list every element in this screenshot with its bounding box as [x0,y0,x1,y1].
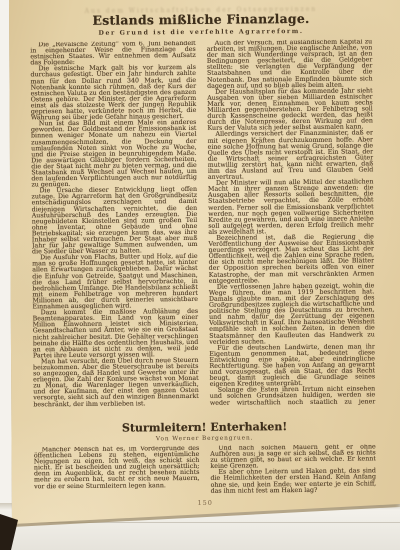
scanned-journal-photo: { "colors": { "paper": "#e5d2a8", "ink":… [0,0,400,550]
paragraph: Der Haushaltsplan für das kommende Jahr … [207,88,373,132]
paragraph: Man hat versucht, dem Übel durch neue St… [33,358,199,408]
article1-title: Estlands mißliche Finanzlage. [30,11,372,27]
paragraph: Der Minister will nun alle Mittel der st… [208,180,374,236]
page-content: Aus dem Wirtschaftsleben der Ostseeprovi… [30,0,377,550]
article2-body-columns: Mancher Mensch hat es, im Vordergrunde d… [34,444,376,497]
paragraph: Dazu kommt die maßlose Aufblähung des Be… [33,309,199,359]
paragraph: Für die deutschen Landwirte, denen man i… [209,344,375,388]
article1-subtitle: Der Grund ist die verfehlte Agrarreform. [30,27,372,37]
article2-title: Sturmleitern! Enterhaken! [34,420,376,435]
paragraph: Allerdings versichert der Finanzminister… [207,131,373,181]
paragraph: Die Ausfuhr von Flachs, Butter und Holz,… [32,254,198,310]
paragraph: Solange die Esten ihren Irrtum nicht ein… [210,39,376,406]
paragraph: Es aber ohne Leitern und Haken geht, das… [210,469,376,495]
scanned-page: Aus dem Wirtschaftsleben der Ostseeprovi… [0,0,400,550]
paragraph: Die verflossenen Jahre haben gezeigt, wo… [209,283,375,345]
article1-body-columns: Die „Revalsche Zeitung“ vom 6. Juni beha… [30,39,375,408]
article2-byline: Von Werner Bergengruen. [34,434,376,443]
paragraph: Auch der Versuch, mit ausländischem Kapi… [207,39,373,89]
paragraph: Die Ursache dieser Entwicklung liegt off… [31,187,197,255]
paragraph: Nun ist das Bild mit einem Male ein ande… [31,120,197,188]
bleed-through-text: Aus dem Wirtschaftsleben der Ostseeprovi… [70,6,332,15]
paragraph: Die estnische Mark galt bis vor kurzem a… [30,65,196,121]
page-number: 150 [34,497,376,508]
paragraph: Und nach solchen Mauern geht er ohne Auf… [210,444,376,470]
paragraph: Mancher Mensch hat es, im Vordergrunde d… [34,446,200,490]
paragraph: Bezeichnend ist, daß die Regierung die V… [208,234,374,284]
paragraph: Die „Revalsche Zeitung“ vom 6. Juni beha… [30,41,196,67]
